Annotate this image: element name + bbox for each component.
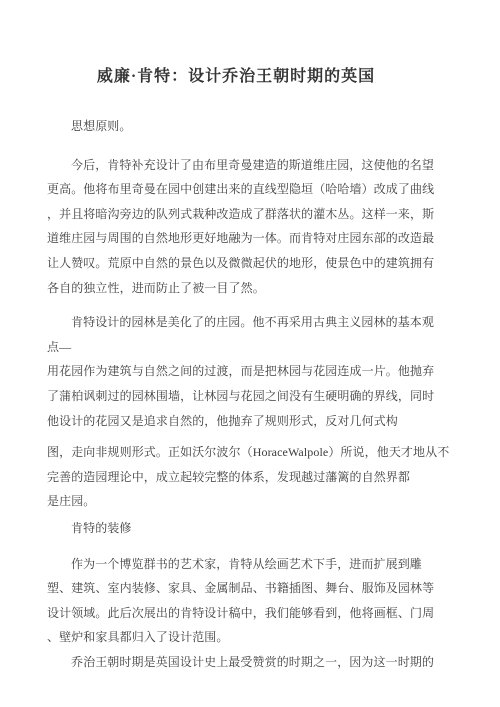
text-line: 是庄园。 (47, 489, 425, 514)
text-line: 肯特设计的园林是美化了的庄园。他不再采用古典主义园林的基本观 (47, 310, 425, 335)
text-line: 作为一个博览群书的艺术家，肯特从绘画艺术下手，进而扩展到雕 (47, 552, 425, 577)
text-line: 完善的造园理论中，成立起较完整的体系，发现越过藩篱的自然界都 (47, 465, 425, 490)
para-georgian-era: 乔治王朝时期是英国设计史上最受赞赏的时期之一，因为这一时期的 (47, 650, 425, 675)
text-line: 塑、建筑、室内装修、家具、金属制品、书籍插图、舞台、服饰及园林等 (47, 576, 425, 601)
para-versatile-artist: 作为一个博览群书的艺术家，肯特从绘画艺术下手，进而扩展到雕塑、建筑、室内装修、家… (47, 552, 425, 650)
text-line: 了蒲柏讽刺过的园林围墙，让林园与花园之间没有生硬明确的界线，同时 (47, 384, 425, 409)
document-body: 思想原则。今后，肯特补充设计了由布里奇曼建造的斯道维庄园，这使他的名望更高。他将… (47, 114, 425, 674)
text-line: 用花园作为建筑与自然之间的过渡，而是把林园与花园连成一片。他抛弃 (47, 359, 425, 384)
text-line: 道维庄园与周围的自然地形更好地融为一体。而肯特对庄园东部的改造最 (47, 226, 425, 251)
para-walpole-quote: 图，走向非规则形式。正如沃尔波尔（HoraceWalpole）所说，他天才地从不… (47, 440, 425, 514)
text-line: 思想原则。 (47, 114, 425, 139)
text-line: 更高。他将布里奇曼在园中创建出来的直线型隐垣（哈哈墙）改成了曲线 (47, 177, 425, 202)
text-line: 各自的独立性，进而防止了被一目了然。 (47, 276, 425, 301)
para-decoration-heading: 肯特的装修 (47, 516, 425, 541)
document-page: 威廉·肯特：设计乔治王朝时期的英国 思想原则。今后，肯特补充设计了由布里奇曼建造… (0, 0, 500, 707)
text-line: 今后，肯特补充设计了由布里奇曼建造的斯道维庄园，这使他的名望 (47, 153, 425, 178)
text-line: 乔治王朝时期是英国设计史上最受赞赏的时期之一，因为这一时期的 (47, 650, 425, 675)
para-beautified-manor: 肯特设计的园林是美化了的庄园。他不再采用古典主义园林的基本观点—用花园作为建筑与… (47, 310, 425, 433)
para-thought-principles: 思想原则。 (47, 114, 425, 139)
text-line: 肯特的装修 (47, 516, 425, 541)
text-line: 点— (47, 335, 425, 360)
text-line: 让人赞叹。荒原中自然的景色以及微微起伏的地形，使景色中的建筑拥有 (47, 251, 425, 276)
text-line: ，并且将暗沟旁边的队列式栽种改造成了群落状的灌木丛。这样一来，斯 (47, 202, 425, 227)
text-line: 、壁炉和家具都归入了设计范围。 (47, 625, 425, 650)
text-line: 他设计的花园又是追求自然的，他抛弃了规则形式，反对几何式构 (47, 409, 425, 434)
para-stowe-garden: 今后，肯特补充设计了由布里奇曼建造的斯道维庄园，这使他的名望更高。他将布里奇曼在… (47, 153, 425, 301)
text-line: 设计领域。此后次展出的肯特设计稿中，我们能够看到，他将画框、门周 (47, 601, 425, 626)
document-title: 威廉·肯特：设计乔治王朝时期的英国 (47, 64, 425, 90)
text-line: 图，走向非规则形式。正如沃尔波尔（HoraceWalpole）所说，他天才地从不 (47, 440, 425, 465)
